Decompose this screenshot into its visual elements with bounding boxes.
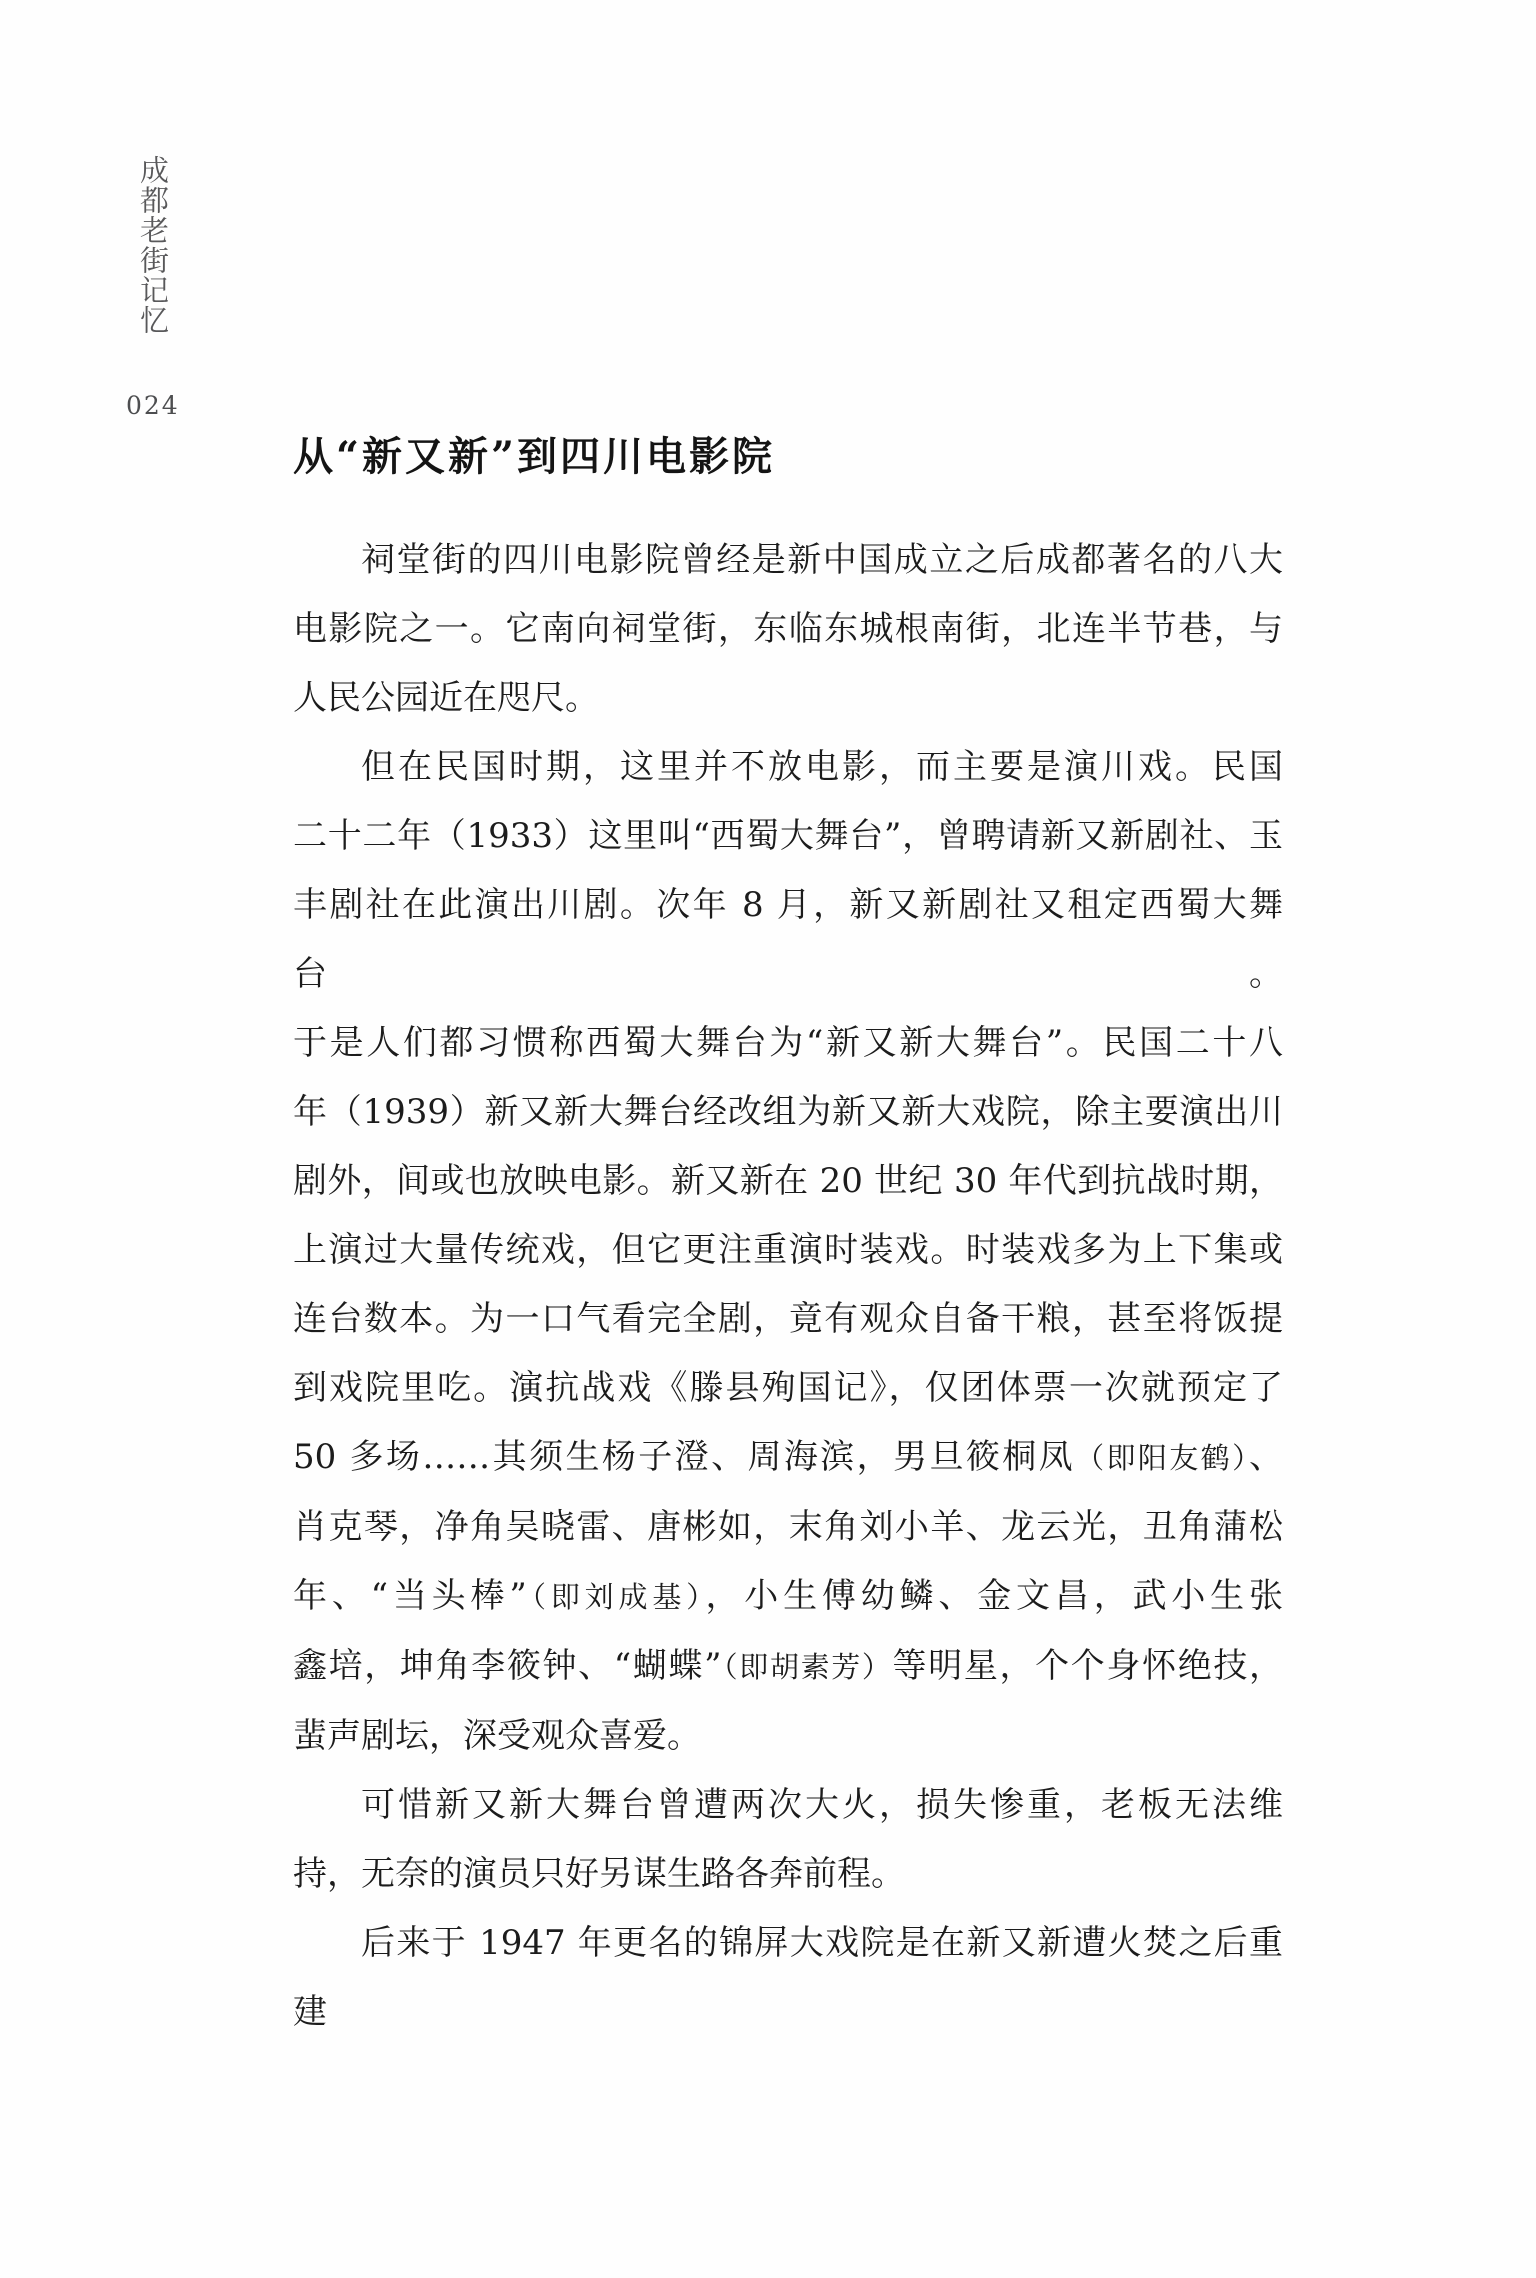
body-line: 丰剧社在此演出川剧。次年 8 月，新又新剧社又租定西蜀大舞台。	[293, 871, 1283, 1009]
annotation-text: （即胡素芳）	[722, 1650, 893, 1684]
body-line: 持，无奈的演员只好另谋生路各奔前程。	[293, 1840, 1283, 1909]
body-line: 剧外，间或也放映电影。新又新在 20 世纪 30 年代到抗战时期，	[293, 1147, 1283, 1216]
body-line: 连台数本。为一口气看完全剧，竟有观众自备干粮，甚至将饭提	[293, 1285, 1283, 1354]
body-line: 鑫培，坤角李筱钟、“蝴蝶”（即胡素芳）等明星，个个身怀绝技，	[293, 1632, 1283, 1702]
body-line: 年（1939）新又新大舞台经改组为新又新大戏院，除主要演出川	[293, 1078, 1283, 1147]
body-line: 50 多场……其须生杨子澄、周海滨，男旦筱桐凤（即阳友鹤）、	[293, 1423, 1283, 1493]
body-line: 蜚声剧坛，深受观众喜爱。	[293, 1702, 1283, 1771]
body-line: 二十二年（1933）这里叫“西蜀大舞台”，曾聘请新又新剧社、玉	[293, 802, 1283, 871]
body-line: 上演过大量传统戏，但它更注重演时装戏。时装戏多为上下集或	[293, 1216, 1283, 1285]
chapter-title: 从“新又新”到四川电影院	[293, 425, 775, 482]
book-page: 成都老街记忆 024 从“新又新”到四川电影院 祠堂街的四川电影院曾经是新中国成…	[0, 0, 1536, 2278]
annotation-text: （即阳友鹤）	[1075, 1441, 1249, 1475]
body-line: 但在民国时期，这里并不放电影，而主要是演川戏。民国	[293, 733, 1283, 802]
book-spine-title: 成都老街记忆	[133, 155, 174, 335]
body-line: 电影院之一。它南向祠堂街，东临东城根南街，北连半节巷，与	[293, 595, 1283, 664]
body-line: 人民公园近在咫尺。	[293, 664, 1283, 733]
body-line: 祠堂街的四川电影院曾经是新中国成立之后成都著名的八大	[293, 526, 1283, 595]
body-line: 到戏院里吃。演抗战戏《滕县殉国记》，仅团体票一次就预定了	[293, 1354, 1283, 1423]
body-line: 肖克琴，净角吴晓雷、唐彬如，末角刘小羊、龙云光，丑角蒲松	[293, 1493, 1283, 1562]
body-line: 后来于 1947 年更名的锦屏大戏院是在新又新遭火焚之后重建	[293, 1909, 1283, 2047]
annotation-text: （即刘成基）	[527, 1580, 706, 1614]
body-text: 祠堂街的四川电影院曾经是新中国成立之后成都著名的八大电影院之一。它南向祠堂街，东…	[293, 526, 1283, 2047]
body-line: 年、“当头棒”（即刘成基），小生傅幼鳞、金文昌，武小生张	[293, 1562, 1283, 1632]
body-line: 可惜新又新大舞台曾遭两次大火，损失惨重，老板无法维	[293, 1771, 1283, 1840]
page-number: 024	[126, 391, 180, 420]
body-line: 于是人们都习惯称西蜀大舞台为“新又新大舞台”。民国二十八	[293, 1009, 1283, 1078]
